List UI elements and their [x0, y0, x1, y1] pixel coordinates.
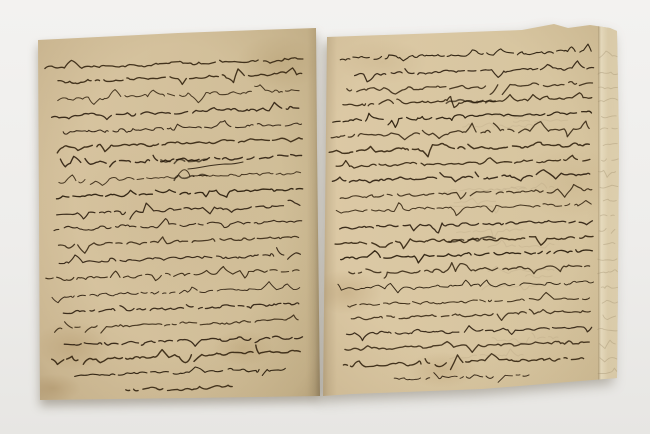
- manuscript-page-left: [38, 28, 320, 400]
- manuscript-page-right: [322, 22, 624, 398]
- manuscript-page-left-wrap: [38, 28, 320, 400]
- handwriting-left-page: [38, 28, 320, 400]
- handwriting-right-page: [322, 22, 624, 398]
- manuscript-page-right-wrap: [322, 22, 624, 398]
- photograph-backdrop: [0, 0, 650, 434]
